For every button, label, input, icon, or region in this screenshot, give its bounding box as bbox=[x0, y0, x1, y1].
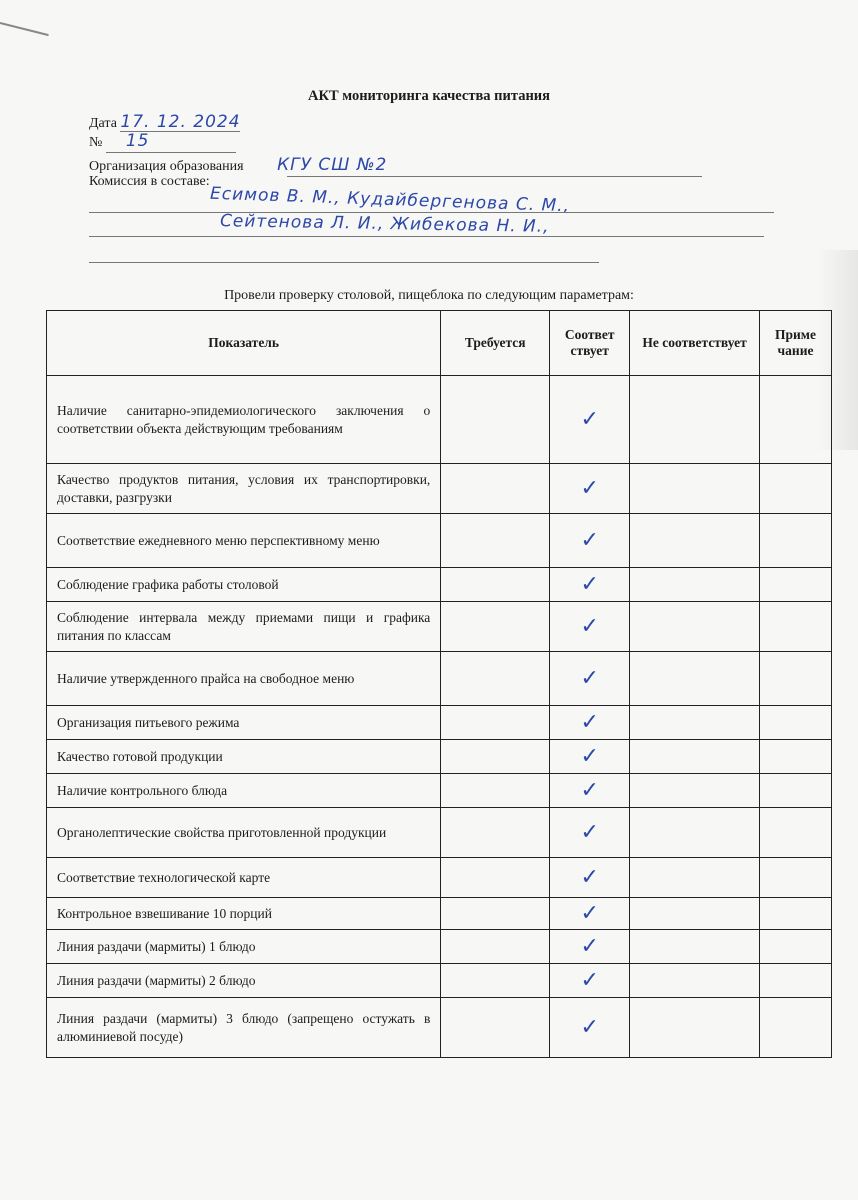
not-complies-cell bbox=[630, 930, 760, 964]
organization-field: Организация образования КГУ СШ №2 bbox=[89, 155, 387, 175]
indicator-cell: Соблюдение графика работы столовой bbox=[47, 568, 441, 602]
complies-cell: ✓ bbox=[550, 514, 630, 568]
check-mark-icon: ✓ bbox=[580, 744, 598, 769]
not-complies-cell bbox=[630, 514, 760, 568]
complies-cell: ✓ bbox=[550, 652, 630, 706]
complies-cell: ✓ bbox=[550, 898, 630, 930]
not-complies-cell bbox=[630, 740, 760, 774]
commission-line-2: Сейтенова Л. И., Жибекова Н. И., bbox=[220, 211, 550, 237]
indicator-cell: Органолептические свойства приготовленно… bbox=[47, 808, 441, 858]
paper-crease bbox=[0, 22, 49, 36]
table-row: Наличие санитарно-эпидемиологического за… bbox=[47, 376, 832, 464]
intro-text: Провели проверку столовой, пищеблока по … bbox=[0, 288, 858, 304]
not-complies-cell bbox=[630, 706, 760, 740]
required-cell bbox=[441, 514, 550, 568]
complies-cell: ✓ bbox=[550, 930, 630, 964]
table-row: Качество готовой продукции✓ bbox=[47, 740, 832, 774]
required-cell bbox=[441, 858, 550, 898]
check-mark-icon: ✓ bbox=[580, 407, 598, 432]
required-cell bbox=[441, 930, 550, 964]
required-cell bbox=[441, 998, 550, 1058]
required-cell bbox=[441, 376, 550, 464]
table-row: Линия раздачи (мармиты) 2 блюдо✓ bbox=[47, 964, 832, 998]
organization-underline bbox=[287, 176, 702, 177]
header-note: Приме чание bbox=[760, 311, 832, 376]
indicator-cell: Соблюдение интервала между приемами пищи… bbox=[47, 602, 441, 652]
table-row: Органолептические свойства приготовленно… bbox=[47, 808, 832, 858]
date-label: Дата bbox=[89, 116, 117, 131]
check-mark-icon: ✓ bbox=[580, 865, 598, 890]
note-cell bbox=[760, 514, 832, 568]
indicator-cell: Качество готовой продукции bbox=[47, 740, 441, 774]
note-cell bbox=[760, 652, 832, 706]
not-complies-cell bbox=[630, 998, 760, 1058]
check-mark-icon: ✓ bbox=[580, 934, 598, 959]
complies-cell: ✓ bbox=[550, 464, 630, 514]
required-cell bbox=[441, 652, 550, 706]
date-field: Дата 17. 12. 2024 bbox=[89, 112, 241, 132]
note-cell bbox=[760, 464, 832, 514]
indicator-cell: Соответствие технологической карте bbox=[47, 858, 441, 898]
check-mark-icon: ✓ bbox=[580, 1015, 598, 1040]
table-row: Соблюдение интервала между приемами пищи… bbox=[47, 602, 832, 652]
required-cell bbox=[441, 568, 550, 602]
complies-cell: ✓ bbox=[550, 376, 630, 464]
complies-cell: ✓ bbox=[550, 774, 630, 808]
complies-cell: ✓ bbox=[550, 808, 630, 858]
header-complies: Соответ ствует bbox=[550, 311, 630, 376]
required-cell bbox=[441, 964, 550, 998]
check-mark-icon: ✓ bbox=[580, 614, 598, 639]
required-cell bbox=[441, 740, 550, 774]
complies-cell: ✓ bbox=[550, 964, 630, 998]
note-cell bbox=[760, 568, 832, 602]
indicator-cell: Контрольное взвешивание 10 порций bbox=[47, 898, 441, 930]
check-mark-icon: ✓ bbox=[580, 778, 598, 803]
required-cell bbox=[441, 774, 550, 808]
indicator-cell: Линия раздачи (мармиты) 2 блюдо bbox=[47, 964, 441, 998]
required-cell bbox=[441, 602, 550, 652]
check-mark-icon: ✓ bbox=[580, 901, 598, 926]
note-cell bbox=[760, 602, 832, 652]
table-row: Наличие контрольного блюда✓ bbox=[47, 774, 832, 808]
required-cell bbox=[441, 898, 550, 930]
header-required: Требуется bbox=[441, 311, 550, 376]
indicator-cell: Линия раздачи (мармиты) 1 блюдо bbox=[47, 930, 441, 964]
table-row: Качество продуктов питания, условия их т… bbox=[47, 464, 832, 514]
number-underline bbox=[106, 152, 236, 153]
indicator-cell: Наличие утвержденного прайса на свободно… bbox=[47, 652, 441, 706]
table-row: Организация питьевого режима✓ bbox=[47, 706, 832, 740]
commission-underline-3 bbox=[89, 262, 599, 263]
note-cell bbox=[760, 740, 832, 774]
number-field: № 15 bbox=[89, 131, 150, 151]
commission-underline-2 bbox=[89, 236, 764, 237]
not-complies-cell bbox=[630, 774, 760, 808]
document-title: АКТ мониторинга качества питания bbox=[0, 88, 858, 105]
note-cell bbox=[760, 706, 832, 740]
table-row: Контрольное взвешивание 10 порций✓ bbox=[47, 898, 832, 930]
complies-cell: ✓ bbox=[550, 706, 630, 740]
not-complies-cell bbox=[630, 602, 760, 652]
indicator-cell: Линия раздачи (мармиты) 3 блюдо (запреще… bbox=[47, 998, 441, 1058]
not-complies-cell bbox=[630, 898, 760, 930]
note-cell bbox=[760, 898, 832, 930]
note-cell bbox=[760, 858, 832, 898]
note-cell bbox=[760, 998, 832, 1058]
complies-cell: ✓ bbox=[550, 998, 630, 1058]
required-cell bbox=[441, 464, 550, 514]
complies-cell: ✓ bbox=[550, 858, 630, 898]
date-value: 17. 12. 2024 bbox=[120, 112, 240, 132]
check-mark-icon: ✓ bbox=[580, 666, 598, 691]
header-not-complies: Не соответствует bbox=[630, 311, 760, 376]
required-cell bbox=[441, 808, 550, 858]
complies-cell: ✓ bbox=[550, 602, 630, 652]
complies-cell: ✓ bbox=[550, 740, 630, 774]
note-cell bbox=[760, 964, 832, 998]
table-row: Соответствие ежедневного меню перспектив… bbox=[47, 514, 832, 568]
not-complies-cell bbox=[630, 652, 760, 706]
check-mark-icon: ✓ bbox=[580, 820, 598, 845]
check-mark-icon: ✓ bbox=[580, 968, 598, 993]
not-complies-cell bbox=[630, 464, 760, 514]
required-cell bbox=[441, 706, 550, 740]
indicator-cell: Организация питьевого режима bbox=[47, 706, 441, 740]
table-row: Соблюдение графика работы столовой✓ bbox=[47, 568, 832, 602]
note-cell bbox=[760, 774, 832, 808]
check-mark-icon: ✓ bbox=[580, 572, 598, 597]
check-mark-icon: ✓ bbox=[580, 710, 598, 735]
check-mark-icon: ✓ bbox=[580, 528, 598, 553]
not-complies-cell bbox=[630, 808, 760, 858]
not-complies-cell bbox=[630, 568, 760, 602]
organization-label: Организация образования bbox=[89, 159, 244, 174]
indicator-cell: Наличие санитарно-эпидемиологического за… bbox=[47, 376, 441, 464]
indicator-cell: Качество продуктов питания, условия их т… bbox=[47, 464, 441, 514]
indicator-cell: Соответствие ежедневного меню перспектив… bbox=[47, 514, 441, 568]
header-indicator: Показатель bbox=[47, 311, 441, 376]
note-cell bbox=[760, 808, 832, 858]
complies-cell: ✓ bbox=[550, 568, 630, 602]
table-row: Наличие утвержденного прайса на свободно… bbox=[47, 652, 832, 706]
table-row: Линия раздачи (мармиты) 1 блюдо✓ bbox=[47, 930, 832, 964]
table-header-row: Показатель Требуется Соответ ствует Не с… bbox=[47, 311, 832, 376]
not-complies-cell bbox=[630, 858, 760, 898]
not-complies-cell bbox=[630, 376, 760, 464]
number-label: № bbox=[89, 135, 102, 150]
inspection-table: Показатель Требуется Соответ ствует Не с… bbox=[46, 310, 832, 1058]
indicator-cell: Наличие контрольного блюда bbox=[47, 774, 441, 808]
note-cell bbox=[760, 376, 832, 464]
organization-value: КГУ СШ №2 bbox=[277, 155, 387, 175]
note-cell bbox=[760, 930, 832, 964]
commission-label: Комиссия в составе: bbox=[89, 174, 210, 190]
commission-underline-1 bbox=[89, 212, 774, 213]
check-mark-icon: ✓ bbox=[580, 476, 598, 501]
not-complies-cell bbox=[630, 964, 760, 998]
table-row: Соответствие технологической карте✓ bbox=[47, 858, 832, 898]
table-row: Линия раздачи (мармиты) 3 блюдо (запреще… bbox=[47, 998, 832, 1058]
number-value: 15 bbox=[126, 131, 150, 151]
